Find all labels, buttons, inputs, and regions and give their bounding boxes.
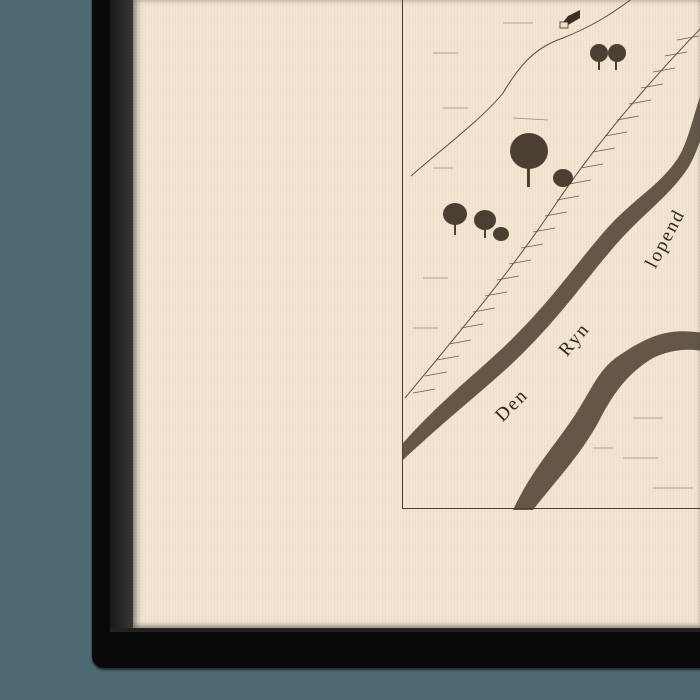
house-icon [560,10,580,28]
tree-pair-icon [590,44,626,70]
tree-group-small-icon [443,203,509,241]
river-right-bank [513,331,700,510]
map-plate: Den Ryn lopend [402,0,700,509]
frame-bottom-bevel [110,628,700,632]
paper-mat: Den Ryn lopend [133,0,700,628]
tree-group-large-icon [510,133,573,187]
frame-inner-bevel [110,0,134,632]
